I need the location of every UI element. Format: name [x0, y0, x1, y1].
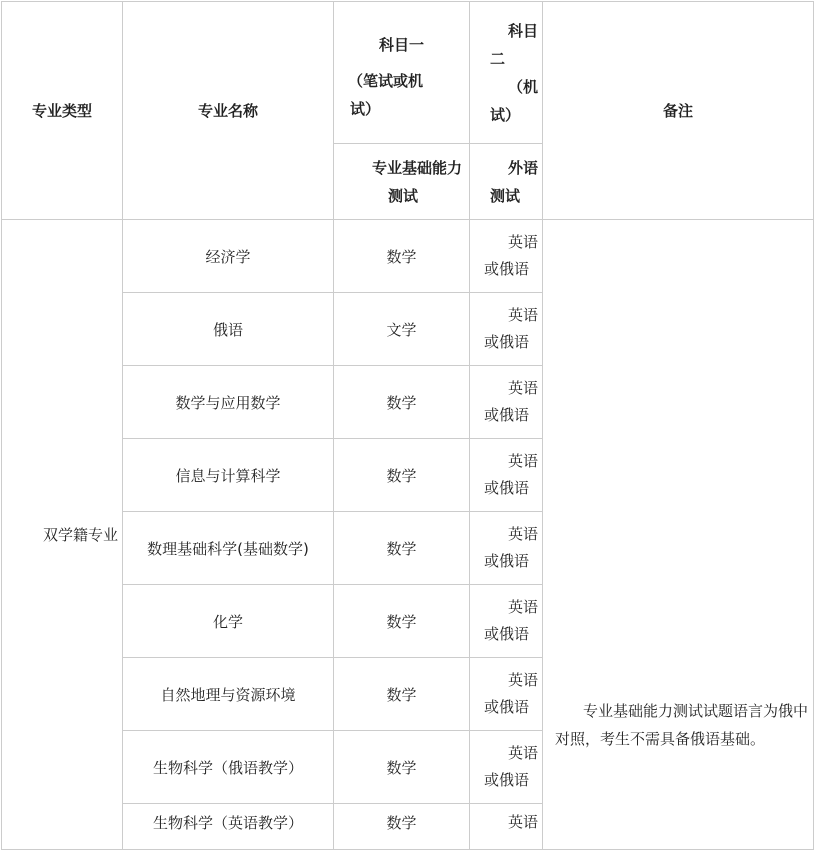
- subject2-value: 英语或俄语: [470, 220, 543, 293]
- major-name: 经济学: [123, 220, 334, 293]
- subject1-sub-a: 专业基础能力: [372, 154, 469, 182]
- subject1-sub-b: 测试: [372, 182, 469, 210]
- foreign-en: 英语: [470, 740, 538, 767]
- major-name: 自然地理与资源环境: [123, 658, 334, 731]
- subject2-value: 英语或俄语: [470, 658, 543, 731]
- subject1-value: 文学: [334, 293, 470, 366]
- subject2-sub-a: 外语: [470, 154, 538, 182]
- foreign-en: 英语: [470, 229, 538, 256]
- foreign-en: 英语: [470, 667, 538, 694]
- subject2-note-b: 试）: [470, 101, 538, 129]
- foreign-or-ru: 或俄语: [470, 329, 538, 356]
- subject2-value: 英语或俄语: [470, 731, 543, 804]
- major-name: 生物科学（俄语教学）: [123, 731, 334, 804]
- foreign-en: 英语: [470, 375, 538, 402]
- subject2-value: 英语或俄语: [470, 585, 543, 658]
- subject2-value: 英语或俄语: [470, 512, 543, 585]
- major-name: 化学: [123, 585, 334, 658]
- subject1-value: 数学: [334, 366, 470, 439]
- foreign-or-ru: 或俄语: [470, 402, 538, 429]
- major-name: 数理基础科学(基础数学): [123, 512, 334, 585]
- foreign-or-ru: 或俄语: [470, 621, 538, 648]
- foreign-or-ru: 或俄语: [470, 548, 538, 575]
- group-remark: 专业基础能力测试试题语言为俄中对照，考生不需具备俄语基础。: [543, 220, 814, 850]
- major-name: 生物科学（英语教学）: [123, 804, 334, 850]
- table-row: 双学籍专业 经济学 数学 英语或俄语 专业基础能力测试试题语言为俄中对照，考生不…: [2, 220, 814, 293]
- foreign-or-ru: 或俄语: [470, 475, 538, 502]
- foreign-en: 英语: [470, 448, 538, 475]
- subject2-sub-b: 测试: [470, 182, 538, 210]
- foreign-or-ru: 或俄语: [470, 694, 538, 721]
- subject1-value: 数学: [334, 658, 470, 731]
- subject1-value: 数学: [334, 804, 470, 850]
- remark-text: 专业基础能力测试试题语言为俄中对照，考生不需具备俄语基础。: [555, 317, 809, 753]
- subject2-title-a: 科目: [470, 17, 538, 45]
- subject1-value: 数学: [334, 731, 470, 804]
- subject2-value: 英语: [470, 804, 543, 850]
- foreign-en: 英语: [470, 809, 538, 836]
- admission-subjects-table: 专业类型 专业名称 科目一 （笔试或机 试） 科目 二 （机 试） 备注 专业基…: [1, 1, 814, 850]
- foreign-or-ru: 或俄语: [470, 767, 538, 794]
- foreign-en: 英语: [470, 302, 538, 329]
- header-subject1: 科目一 （笔试或机 试）: [334, 2, 470, 144]
- subject1-value: 数学: [334, 220, 470, 293]
- foreign-or-ru: 或俄语: [470, 256, 538, 283]
- subject2-note-a: （机: [470, 73, 538, 101]
- header-subject1-sub: 专业基础能力 测试: [334, 144, 470, 220]
- header-major-name: 专业名称: [123, 2, 334, 220]
- subject2-value: 英语或俄语: [470, 366, 543, 439]
- subject1-value: 数学: [334, 439, 470, 512]
- major-name: 信息与计算科学: [123, 439, 334, 512]
- foreign-en: 英语: [470, 521, 538, 548]
- group-major-type: 双学籍专业: [2, 220, 123, 850]
- subject1-note-a: （笔试或机: [334, 67, 469, 95]
- header-remarks: 备注: [543, 2, 814, 220]
- header-subject2-sub: 外语 测试: [470, 144, 543, 220]
- foreign-en: 英语: [470, 594, 538, 621]
- major-name: 俄语: [123, 293, 334, 366]
- subject2-title-b: 二: [470, 45, 538, 73]
- subject1-title: 科目一: [334, 31, 469, 59]
- header-major-type: 专业类型: [2, 2, 123, 220]
- subject2-value: 英语或俄语: [470, 439, 543, 512]
- subject1-value: 数学: [334, 512, 470, 585]
- subject1-note-b: 试）: [334, 95, 469, 123]
- header-subject2: 科目 二 （机 试）: [470, 2, 543, 144]
- major-name: 数学与应用数学: [123, 366, 334, 439]
- subject1-value: 数学: [334, 585, 470, 658]
- subject2-value: 英语或俄语: [470, 293, 543, 366]
